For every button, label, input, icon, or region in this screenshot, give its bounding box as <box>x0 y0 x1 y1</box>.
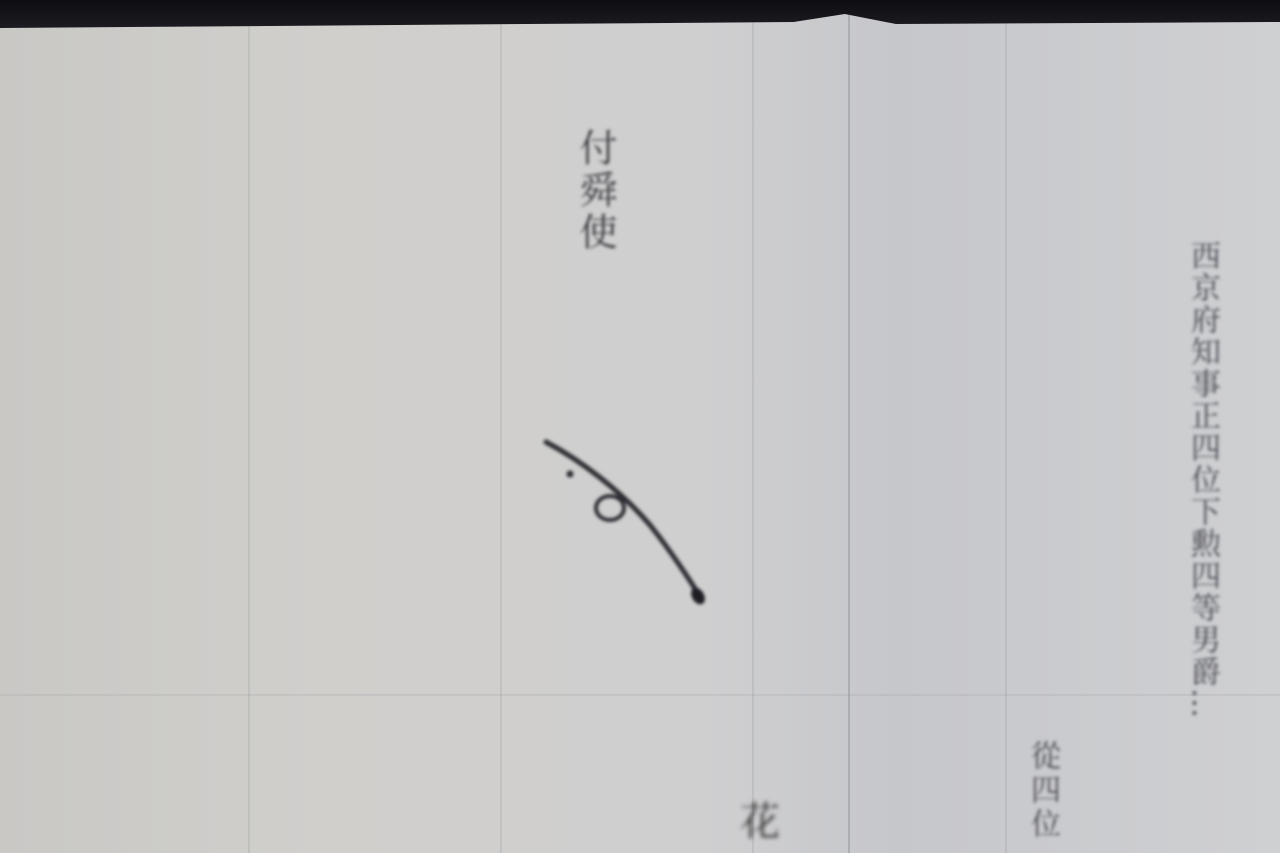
fold-line <box>752 14 754 853</box>
fold-line <box>1005 14 1007 853</box>
right-lower-text: 從四位 <box>1020 740 1064 842</box>
title-column: 付舜使 <box>568 128 623 254</box>
signature-kao-icon <box>540 430 720 620</box>
right-text-column: 西京府知事正四位下勲四等男爵… <box>1180 240 1224 720</box>
fold-line <box>848 14 850 853</box>
fold-line <box>500 14 502 853</box>
bottom-partial-character: 花 <box>740 790 780 847</box>
fold-line-horizontal <box>0 694 1280 696</box>
fold-line <box>248 14 250 853</box>
